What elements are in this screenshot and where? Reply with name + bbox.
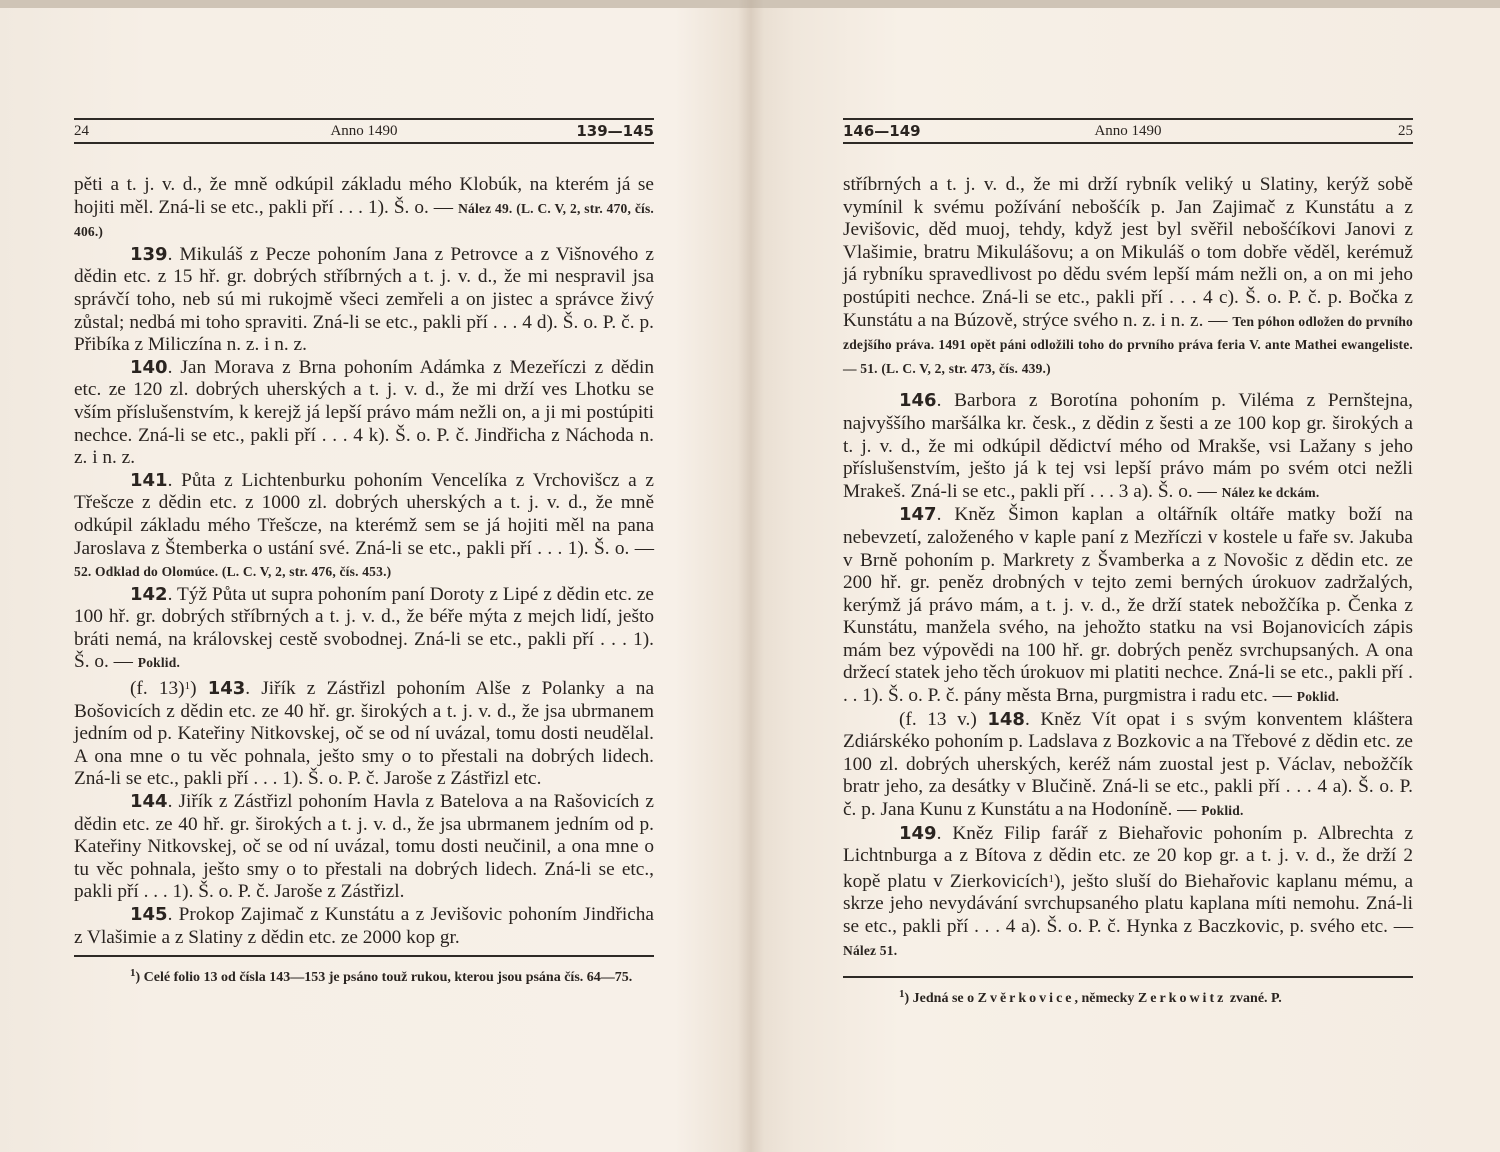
entry-145: 145. Prokop Zajimač z Kunstátu a z Jeviš… <box>74 904 654 949</box>
footnote-rule <box>843 976 1413 978</box>
entry-range: 139—145 <box>576 122 654 140</box>
header-title: Anno 1490 <box>843 123 1413 140</box>
entry-number: 148 <box>987 709 1025 730</box>
running-header-right: 146—149 Anno 1490 25 <box>843 118 1413 144</box>
entry-139: 139. Mikuláš z Pecze pohoním Jana z Petr… <box>74 244 654 357</box>
entry-142: 142. Týž Půta ut supra pohoním paní Doro… <box>74 584 654 675</box>
entry-number: 145 <box>130 904 168 925</box>
page-body: pěti a t. j. v. d., že mně odkúpil zákla… <box>74 174 654 949</box>
entry-147: 147. Kněz Šimon kaplan a oltářník oltáře… <box>843 504 1413 708</box>
editorial-note: 52. Odklad do Olomúce. (L. C. V, 2, str.… <box>74 564 391 579</box>
entry-number: 139 <box>130 244 168 265</box>
entry-149: 149. Kněz Filip farář z Biehařovic pohon… <box>843 823 1413 963</box>
entry-number: 143 <box>208 678 246 699</box>
page-number: 25 <box>1398 123 1413 140</box>
entry-144: 144. Jiřík z Zástřizl pohoním Havla z Ba… <box>74 791 654 904</box>
entry-140: 140. Jan Morava z Brna pohoním Adámka z … <box>74 357 654 470</box>
paragraph: pěti a t. j. v. d., že mně odkúpil zákla… <box>74 174 654 244</box>
footnote: 1) Jedná se o Zvěrkovice, německy Zerkow… <box>843 984 1413 1009</box>
entry-number: 146 <box>899 390 937 411</box>
entry-number: 141 <box>130 470 168 491</box>
book-gutter <box>738 0 764 1152</box>
folio-marker: (f. 13 v.) <box>899 709 987 730</box>
entry-number: 149 <box>899 823 937 844</box>
paragraph: stříbrných a t. j. v. d., že mi drží ryb… <box>843 174 1413 380</box>
running-header-left: 24 Anno 1490 139—145 <box>74 118 654 144</box>
footnote-rule <box>74 955 654 957</box>
entry-number: 147 <box>899 504 937 525</box>
right-page: 146—149 Anno 1490 25 stříbrných a t. j. … <box>843 118 1413 1009</box>
entry-number: 144 <box>130 791 168 812</box>
footnote: 1) Celé folio 13 od čísla 143—153 je psá… <box>74 963 654 988</box>
entry-number: 140 <box>130 357 168 378</box>
entry-146: 146. Barbora z Borotína pohoním p. Vilém… <box>843 390 1413 504</box>
left-page: 24 Anno 1490 139—145 pěti a t. j. v. d.,… <box>74 118 654 988</box>
editorial-note: Nález ke dckám. <box>1222 485 1320 500</box>
entry-number: 142 <box>130 584 168 605</box>
spaced-term: Zerkowitz <box>1138 991 1226 1006</box>
spaced-term: Zvěrkovice <box>978 991 1075 1006</box>
editorial-note: Poklid. <box>1201 803 1243 818</box>
entry-141: 141. Půta z Lichtenburku pohoním Vencelí… <box>74 470 654 584</box>
editorial-note: Nález 51. <box>843 943 897 958</box>
editorial-note: Poklid. <box>138 655 180 670</box>
editorial-note: Poklid. <box>1297 689 1339 704</box>
entry-143: (f. 13)1) 143. Jiřík z Zástřizl pohoním … <box>74 675 654 791</box>
folio-marker: (f. 13) <box>130 678 185 699</box>
entry-148: (f. 13 v.) 148. Kněz Vít opat i s svým k… <box>843 709 1413 823</box>
page-body: stříbrných a t. j. v. d., že mi drží ryb… <box>843 174 1413 962</box>
book-spread: 24 Anno 1490 139—145 pěti a t. j. v. d.,… <box>0 0 1500 1152</box>
header-title: Anno 1490 <box>74 123 654 140</box>
